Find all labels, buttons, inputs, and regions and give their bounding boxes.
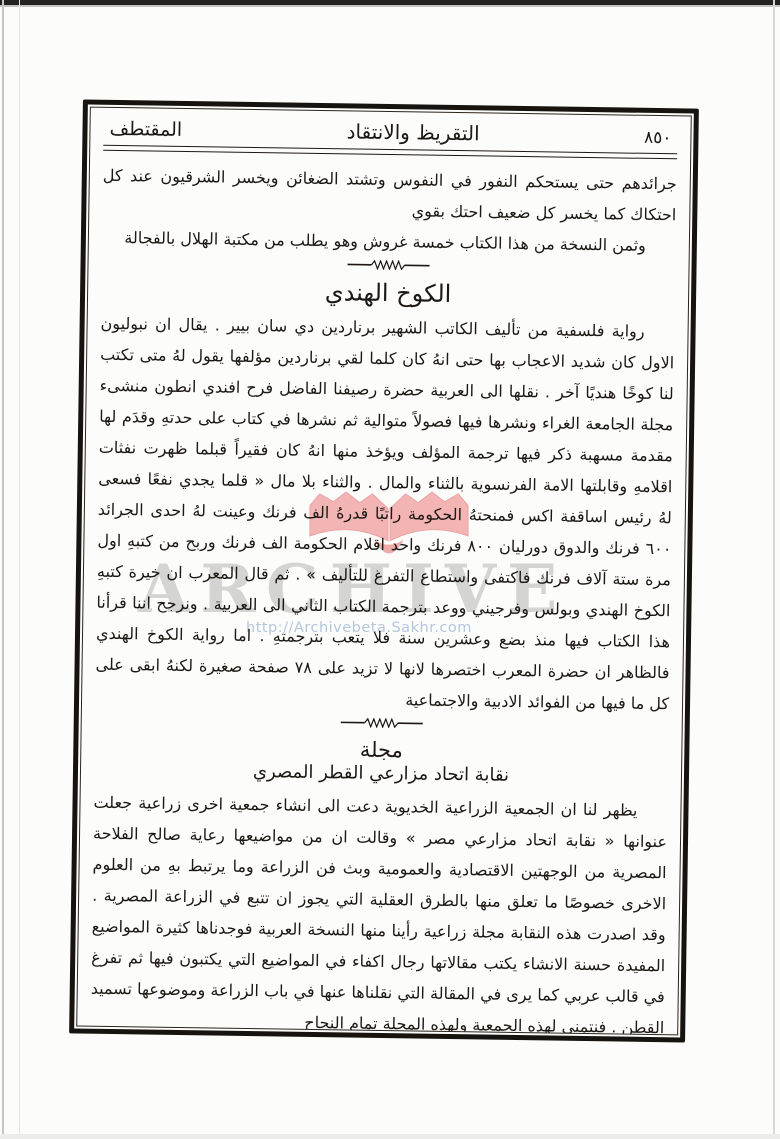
article2-body: يظهر لنا ان الجمعية الزراعية الخديوية دع… bbox=[90, 787, 668, 1036]
header-magazine-name: المقتطف bbox=[109, 118, 182, 141]
article-title-indian-hut: الكوخ الهندي bbox=[101, 275, 675, 312]
page-content: ٨٥٠ التقريظ والانتقاد المقتطف جرائدهم حت… bbox=[90, 112, 678, 1036]
article1-body: رواية فلسفية من تأليف الكاتب الشهير برنا… bbox=[95, 308, 675, 719]
page-number: ٨٥٠ bbox=[644, 128, 672, 148]
intro-paragraph: جرائدهم حتى يستحكم النفور في النفوس وتشت… bbox=[102, 160, 677, 231]
page-header: ٨٥٠ التقريظ والانتقاد المقتطف bbox=[103, 112, 677, 151]
header-section-title: التقريظ والانتقاد bbox=[346, 119, 479, 145]
page-frame: ٨٥٠ التقريظ والانتقاد المقتطف جرائدهم حت… bbox=[69, 99, 699, 1042]
page-frame-inner: ٨٥٠ التقريظ والانتقاد المقتطف جرائدهم حت… bbox=[76, 107, 692, 1036]
